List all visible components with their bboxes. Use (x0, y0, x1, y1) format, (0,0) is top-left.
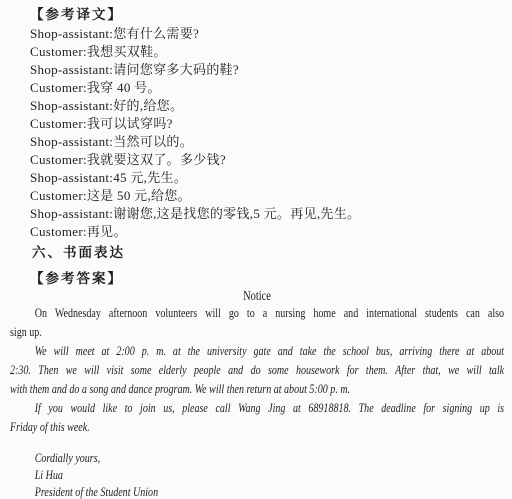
dialogue-line: Customer:我可以试穿吗? (30, 115, 504, 133)
notice-title: Notice (10, 289, 504, 303)
dialogue-line: Shop-assistant:好的,给您。 (30, 97, 504, 115)
paragraph-line: sign up. (10, 322, 504, 341)
paragraph-line: If you would like to join us, please cal… (10, 398, 504, 417)
dialogue-line: Customer:再见。 (30, 223, 504, 241)
paragraph-line: 2:30. Then we will visit some elderly pe… (10, 360, 504, 379)
dialogue-line: Shop-assistant:45 元,先生。 (30, 169, 504, 187)
dialogue-line: Shop-assistant:您有什么需要? (30, 25, 504, 43)
dialogue-line: Shop-assistant:请问您穿多大码的鞋? (30, 61, 504, 79)
notice-composition: Notice On Wednesday afternoon volunteers… (10, 289, 504, 499)
notice-paragraph-1: On Wednesday afternoon volunteers will g… (10, 303, 504, 341)
dialogue-line: Shop-assistant:谢谢您,这是找您的零钱,5 元。再见,先生。 (30, 205, 504, 223)
section-heading: 六、书面表达 (32, 246, 504, 260)
dialogue-line: Customer:我想买双鞋。 (30, 43, 504, 61)
dialogue-line: Customer:我就要这双了。多少钱? (30, 151, 504, 169)
paragraph-line: We will meet at 2:00 p. m. at the univer… (10, 341, 504, 360)
paragraph-line: On Wednesday afternoon volunteers will g… (10, 303, 504, 322)
paragraph-line: with them and do a song and dance progra… (10, 379, 504, 398)
document-page: 【参考译文】 Shop-assistant:您有什么需要? Customer:我… (0, 0, 512, 499)
notice-paragraph-3: If you would like to join us, please cal… (10, 398, 504, 436)
dialogue-line: Customer:这是 50 元,给您。 (30, 187, 504, 205)
closing-salutation: Cordially yours, (35, 449, 504, 466)
closing-name: Li Hua (35, 466, 504, 483)
paragraph-line: Friday of this week. (10, 417, 504, 436)
dialogue-list: Shop-assistant:您有什么需要? Customer:我想买双鞋。 S… (30, 25, 504, 241)
answer-header: 【参考答案】 (30, 269, 504, 288)
notice-paragraph-2: We will meet at 2:00 p. m. at the univer… (10, 341, 504, 398)
dialogue-line: Shop-assistant:当然可以的。 (30, 133, 504, 151)
translation-header: 【参考译文】 (30, 5, 504, 25)
closing-role: President of the Student Union (35, 483, 504, 499)
dialogue-line: Customer:我穿 40 号。 (30, 79, 504, 97)
closing-block: Cordially yours, Li Hua President of the… (35, 449, 504, 499)
